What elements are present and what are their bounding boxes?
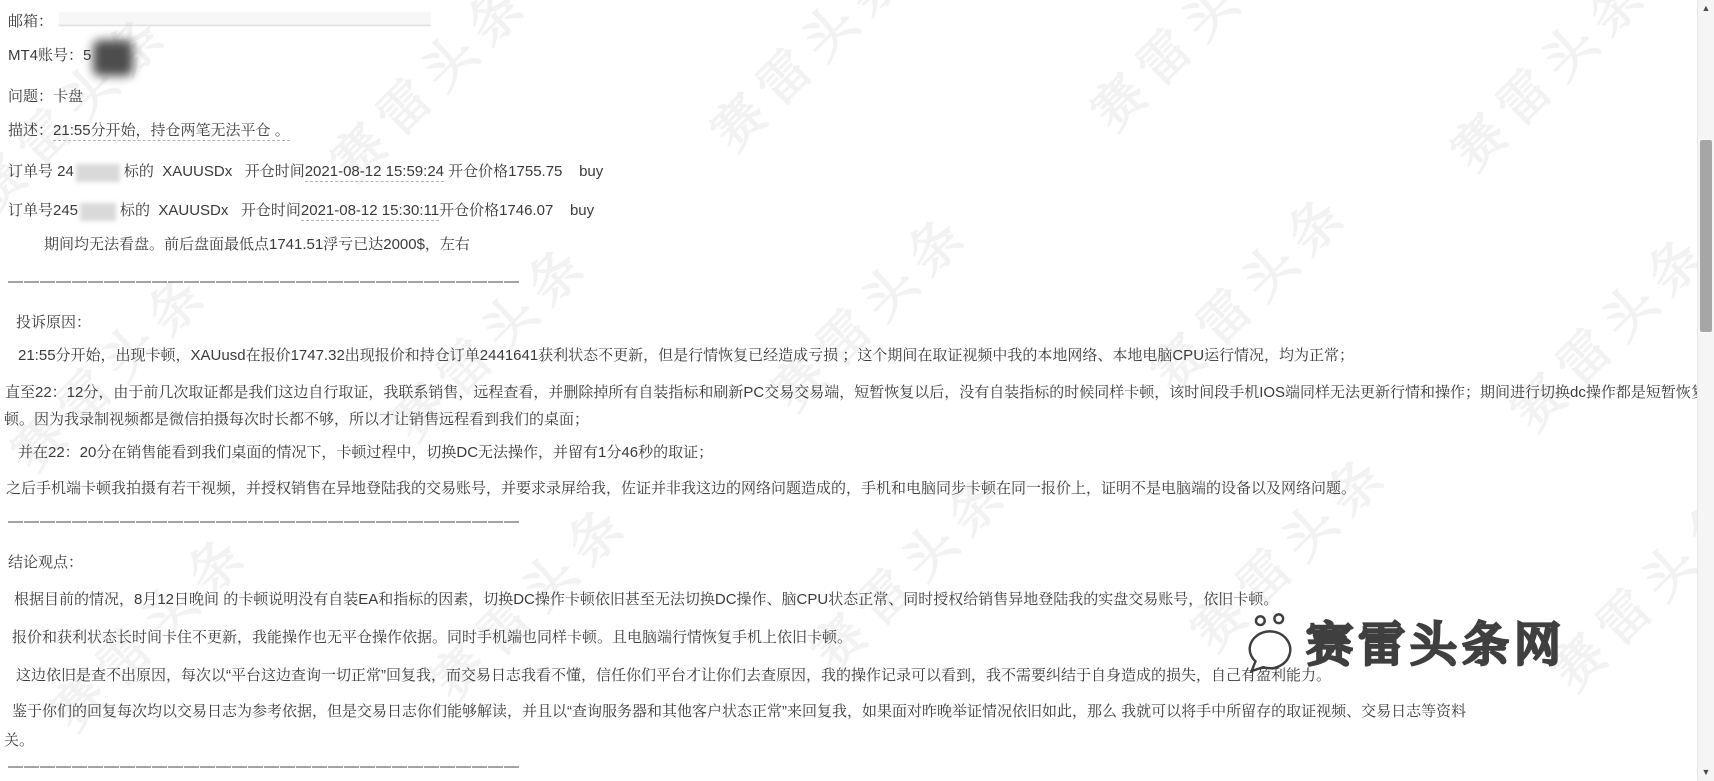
scrollbar-thumb[interactable] xyxy=(1700,140,1712,332)
description-label: 描述： xyxy=(8,122,53,139)
mt4-label: MT4账号：5 xyxy=(8,47,91,64)
email-line: 邮箱： xyxy=(8,10,431,31)
order-line-2: 订单号245标的 XAUUSDx 开仓时间2021-08-12 15:30:11… xyxy=(8,199,594,220)
issue-line: 问题：卡盘 xyxy=(8,85,83,106)
site-logo: 赛雷头条网 xyxy=(1240,608,1566,675)
order2-prefix: 订单号245 xyxy=(8,202,78,219)
mt4-account-redacted xyxy=(93,40,133,76)
complaint-paragraph-2-line-2: 顿。因为我录制视频都是微信拍摄每次时长都不够，所以才让销售远程看到我们的桌面； xyxy=(4,408,589,429)
complaint-paragraph-4: 之后手机端卡顿我拍摄有若干视频，并授权销售在异地登陆我的交易账号，并要求录屏给我… xyxy=(6,477,1356,498)
megaphone-face-icon xyxy=(1240,611,1302,673)
complaint-paragraph-2-line-1: 直至22：12分，由于前几次取证都是我们这边自行取证，我联系销售，远程查看，并删… xyxy=(5,381,1714,402)
order1-datetime: 2021-08-12 15:59:24 xyxy=(305,163,444,182)
order2-price: 开仓价格1746.07 buy xyxy=(439,202,594,219)
description-line: 描述：21:55分开始，持仓两笔无法平仓 。 xyxy=(8,119,290,140)
separator-1: ———————————————————————————————— xyxy=(8,273,520,290)
order1-number-redacted xyxy=(76,164,120,182)
conclusion-heading: 结论观点： xyxy=(8,551,83,572)
email-label: 邮箱： xyxy=(8,13,53,30)
conclusion-paragraph-4-line-2: 关。 xyxy=(4,729,34,750)
document-page: 赛雷头条 赛雷头条 赛雷头条 赛雷头条 赛雷头条 赛雷头条 赛雷头条 赛雷头条 … xyxy=(0,0,1714,781)
mt4-account-line: MT4账号：5 xyxy=(8,44,139,65)
order-line-1: 订单号 24标的 XAUUSDx 开仓时间2021-08-12 15:59:24… xyxy=(8,160,603,181)
order2-number-redacted xyxy=(80,203,116,221)
conclusion-paragraph-1: 根据目前的情况，8月12日晚间 的卡顿说明没有自装EA和指标的因素，切换DC操作… xyxy=(14,588,1278,609)
order1-price: 开仓价格1755.75 buy xyxy=(444,163,603,180)
order2-symbol: 标的 XAUUSDx 开仓时间 xyxy=(120,202,301,219)
scroll-down-icon[interactable]: ▼ xyxy=(1698,764,1714,781)
complaint-heading: 投诉原因： xyxy=(16,311,91,332)
complaint-paragraph-3: 并在22：20分在销售能看到我们桌面的情况下，卡顿过程中，切换DC无法操作，并留… xyxy=(18,441,713,462)
separator-3: ———————————————————————————————— xyxy=(8,758,520,775)
description-body: 21:55分开始，持仓两笔无法平仓 。 xyxy=(53,122,290,141)
conclusion-paragraph-4-line-1: 鉴于你们的回复每次均以交易日志为参考依据，但是交易日志你们能够解读，并且以“查询… xyxy=(12,700,1466,721)
conclusion-paragraph-2: 报价和获利状态长时间卡住不更新，我能操作也无平仓操作依据。同时手机端也同样卡顿。… xyxy=(12,626,852,647)
conclusion-paragraph-3: 这边依旧是查不出原因，每次以“平台这边查询一切正常”回复我，而交易日志我看不懂，… xyxy=(16,664,1331,685)
email-redacted xyxy=(59,12,431,26)
order1-symbol: 标的 XAUUSDx 开仓时间 xyxy=(124,163,305,180)
site-logo-text: 赛雷头条网 xyxy=(1306,608,1566,675)
separator-2: ———————————————————————————————— xyxy=(8,513,520,530)
order2-datetime: 2021-08-12 15:30:11 xyxy=(301,202,439,221)
scroll-up-icon[interactable]: ▲ xyxy=(1698,0,1714,17)
complaint-paragraph-1: 21:55分开始，出现卡顿，XAUusd在报价1747.32出现报价和持仓订单2… xyxy=(18,344,1354,365)
note-line: 期间均无法看盘。前后盘面最低点1741.51浮亏已达2000$，左右 xyxy=(44,233,470,254)
vertical-scrollbar[interactable]: ▲ ▼ xyxy=(1697,0,1714,781)
order1-prefix: 订单号 24 xyxy=(8,163,74,180)
